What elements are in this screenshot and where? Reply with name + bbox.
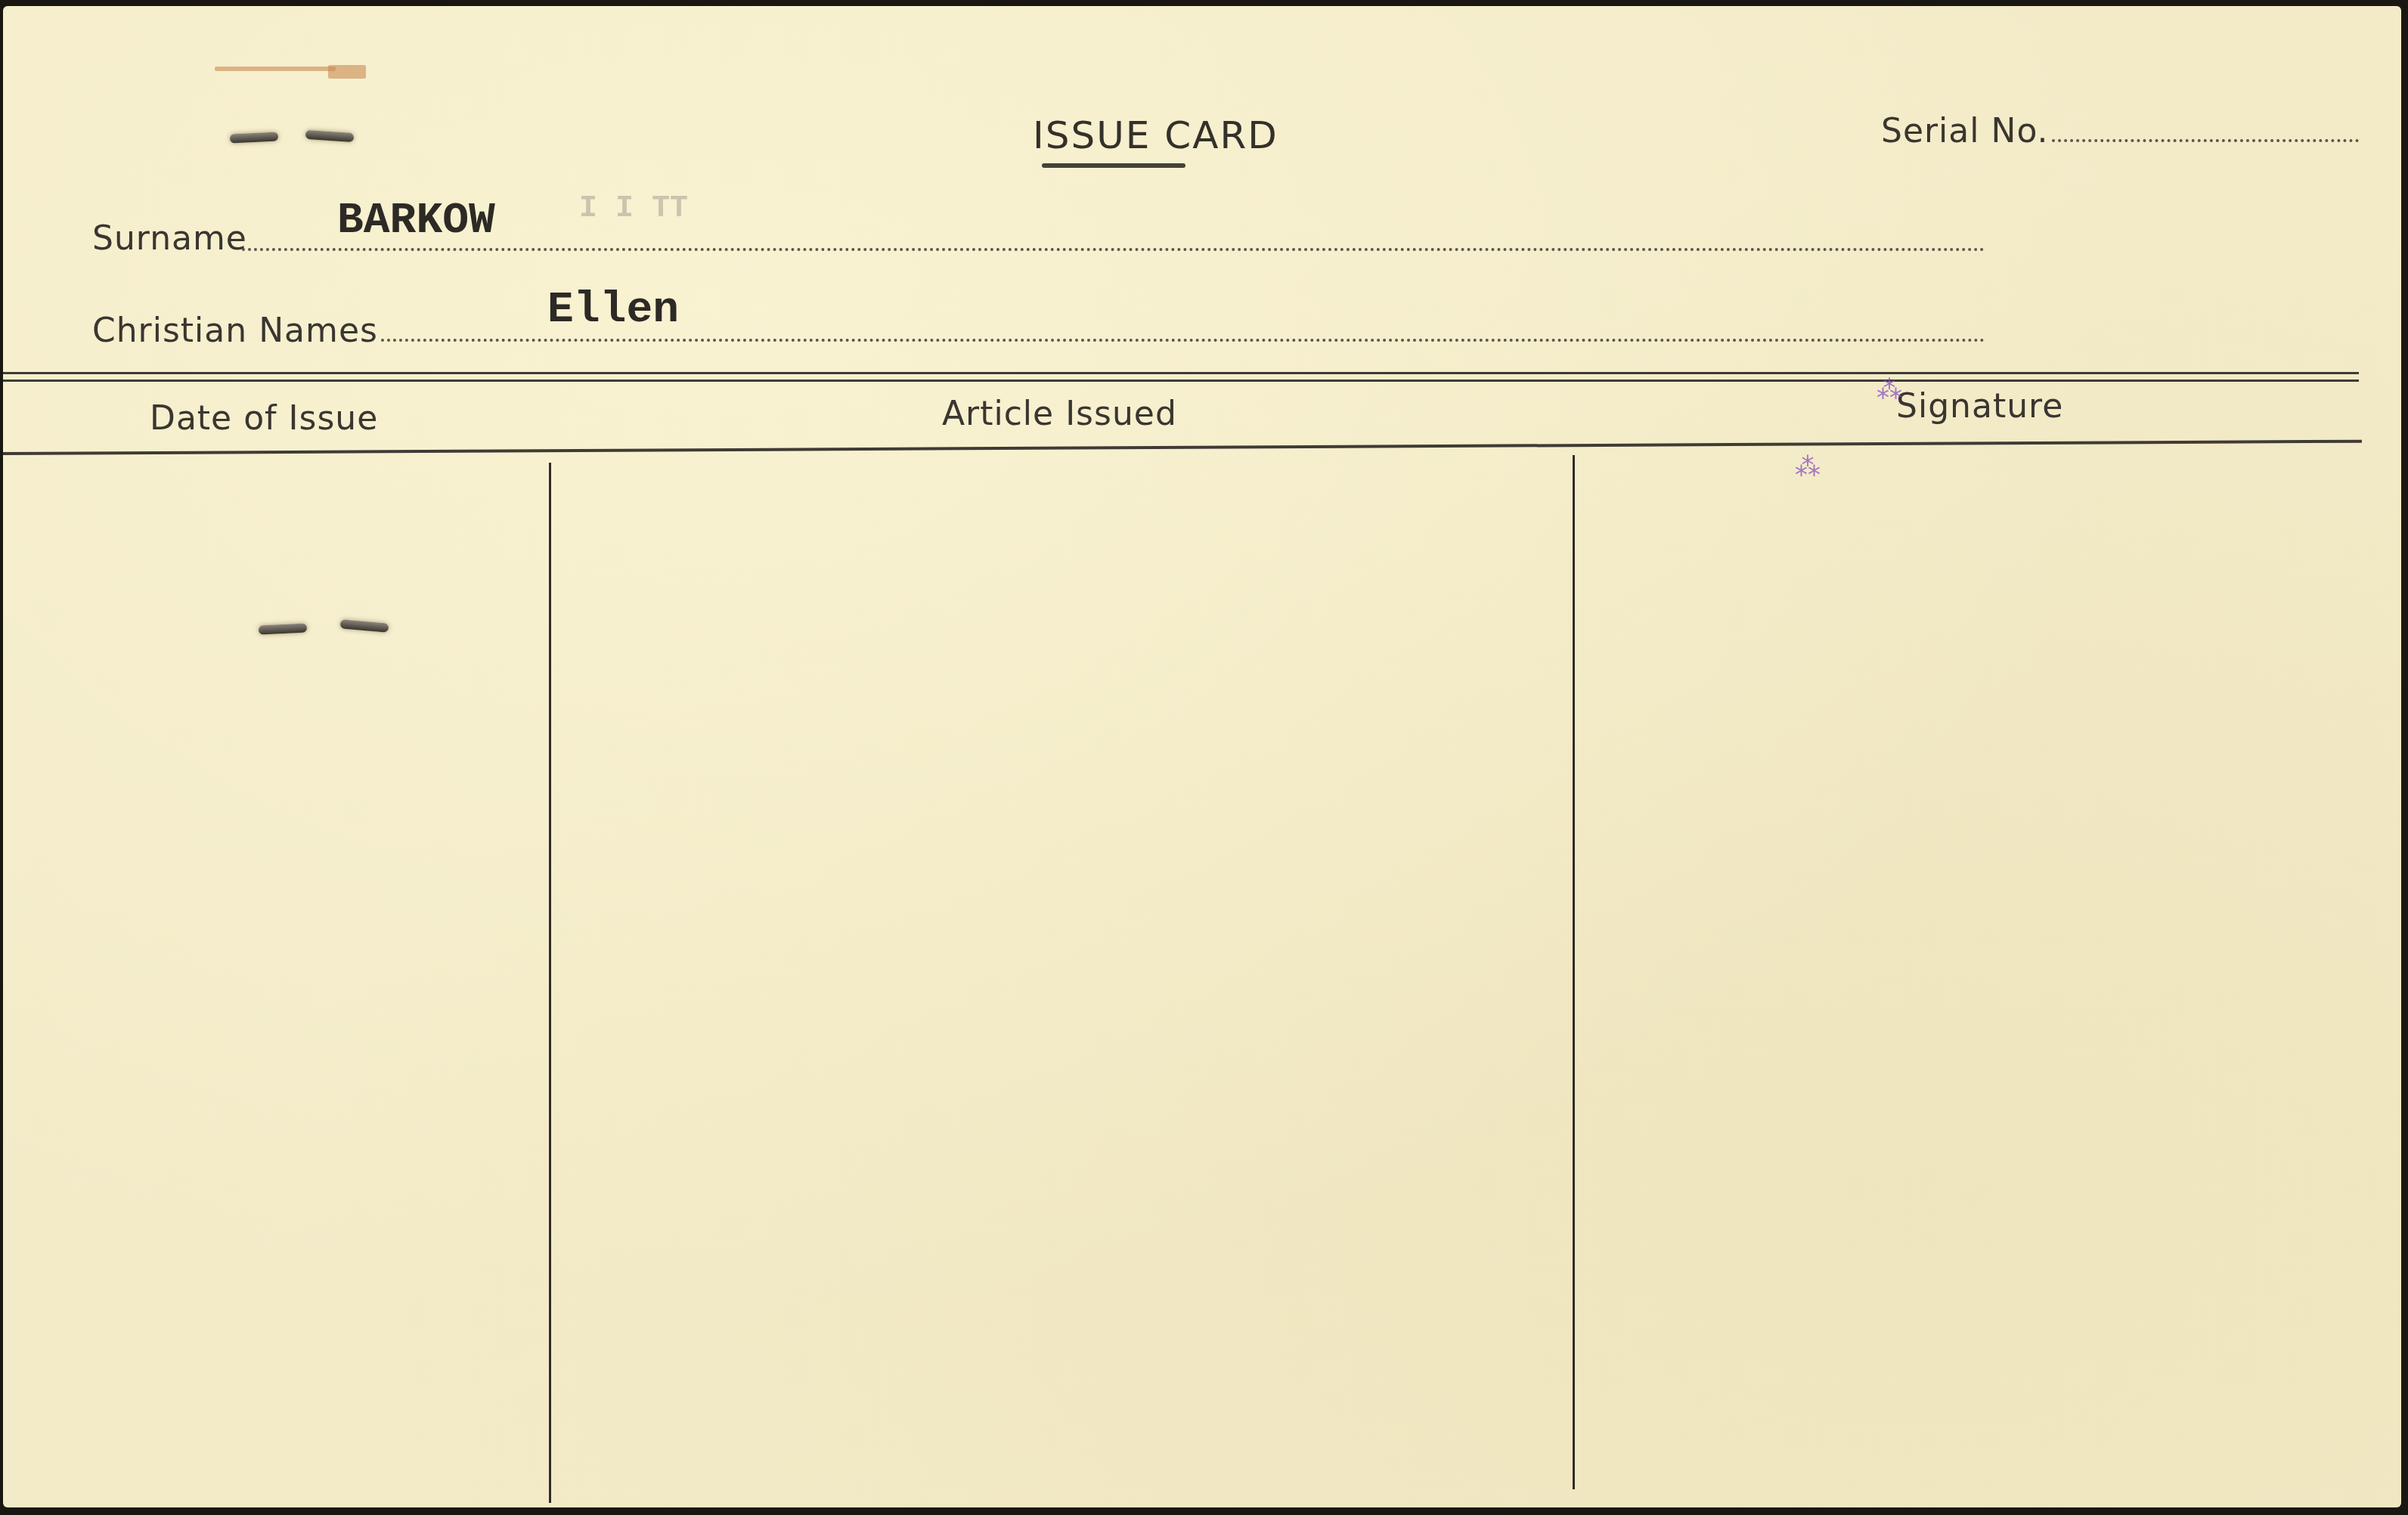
header-rule-top [3, 372, 2359, 374]
title-underline [1042, 163, 1185, 168]
date-of-issue-column[interactable] [3, 463, 547, 1503]
rust-stain [215, 67, 336, 71]
christian-names-field[interactable] [381, 339, 1985, 342]
serial-no-field[interactable] [2052, 139, 2359, 142]
rust-stain [328, 65, 366, 79]
card-title: ISSUE CARD [1033, 113, 1278, 157]
surname-faint-overtype: I I TT [579, 192, 688, 226]
surname-field[interactable] [242, 248, 1985, 251]
column-divider-1 [549, 463, 551, 1503]
staple-icon [230, 132, 279, 143]
surname-label: Surname [92, 219, 247, 258]
christian-names-value: Ellen [547, 286, 679, 335]
column-header-signature: Signature [1896, 387, 2063, 426]
purple-ink-mark: ⁂ [1877, 375, 1902, 405]
serial-no-label: Serial No. [1881, 112, 2049, 150]
staple-icon [305, 130, 355, 142]
signature-column[interactable] [1576, 463, 2400, 1503]
surname-value: BARKOW [337, 197, 495, 246]
header-rule-bottom [3, 440, 2362, 455]
column-divider-2 [1573, 455, 1575, 1489]
issue-card: ISSUE CARD Serial No. Surname BARKOW I I… [3, 6, 2401, 1507]
header-rule-top-2 [3, 380, 2359, 382]
column-header-article-issued: Article Issued [942, 395, 1177, 433]
column-header-date-of-issue: Date of Issue [150, 399, 378, 438]
christian-names-label: Christian Names [92, 311, 378, 350]
article-issued-column[interactable] [552, 463, 1571, 1503]
